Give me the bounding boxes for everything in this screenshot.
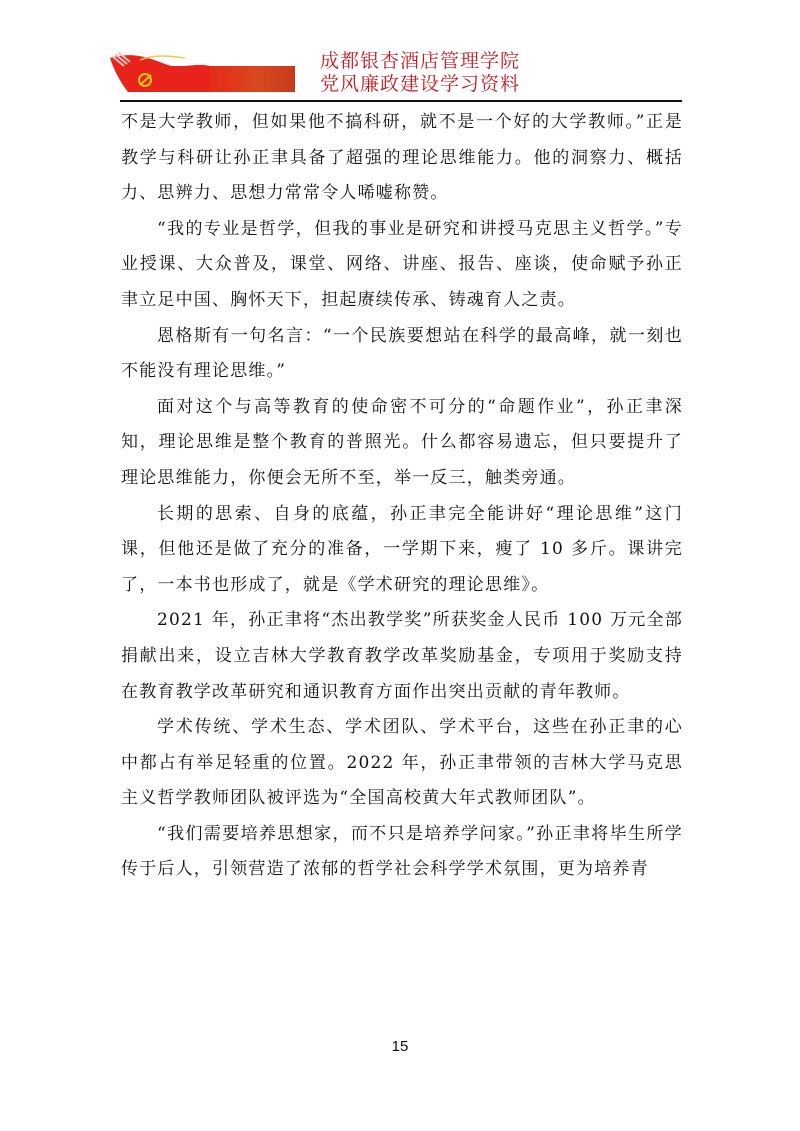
party-flag-icon [110,52,295,92]
paragraph: “我们需要培养思想家，而不只是培养学问家。”孙正聿将毕生所学传于后人，引领营造了… [121,817,683,888]
paragraph: 学术传统、学术生态、学术团队、学术平台，这些在孙正聿的心中都占有举足轻重的位置。… [121,710,683,817]
paragraph: “我的专业是哲学，但我的事业是研究和讲授马克思主义哲学。”专业授课、大众普及，课… [121,212,683,319]
header-titles: 成都银杏酒店管理学院 党风廉政建设学习资料 [320,50,520,96]
document-header: 成都银杏酒店管理学院 党风廉政建设学习资料 [110,50,690,95]
institution-name: 成都银杏酒店管理学院 [320,50,520,73]
paragraph: 长期的思索、自身的底蕴，孙正聿完全能讲好“理论思维”这门课，但他还是做了充分的准… [121,497,683,604]
paragraph: 恩格斯有一句名言：“一个民族要想站在科学的最高峰，就一刻也不能没有理论思维。” [121,319,683,390]
page-number: 15 [0,1038,800,1055]
paragraph: 2021 年，孙正聿将“杰出教学奖”所获奖金人民币 100 万元全部捐献出来，设… [121,603,683,710]
paragraph: 不是大学教师，但如果他不搞科研，就不是一个好的大学教师。”正是教学与科研让孙正聿… [121,105,683,212]
paragraph: 面对这个与高等教育的使命密不可分的“命题作业”，孙正聿深知，理论思维是整个教育的… [121,390,683,497]
article-body: 不是大学教师，但如果他不搞科研，就不是一个好的大学教师。”正是教学与科研让孙正聿… [121,105,683,888]
header-divider [120,100,682,102]
document-subtitle: 党风廉政建设学习资料 [320,73,520,96]
